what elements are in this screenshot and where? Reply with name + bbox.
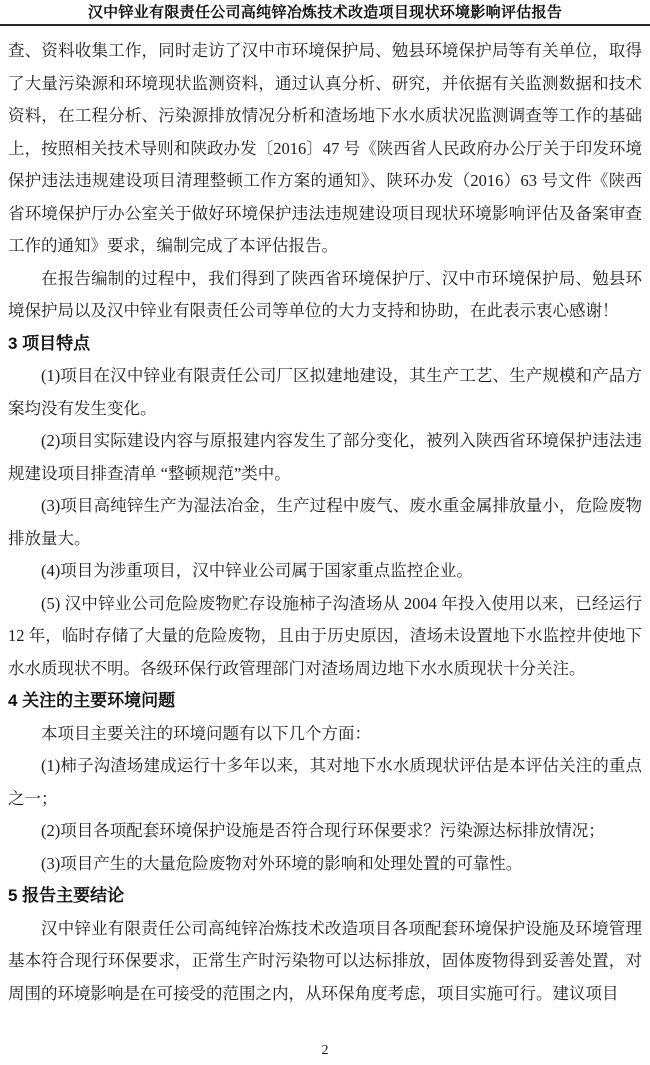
body-paragraph-continuation: 查、资料收集工作，同时走访了汉中市环境保护局、勉县环境保护局等有关单位，取得了大…: [8, 35, 642, 263]
report-page: 汉中锌业有限责任公司高纯锌冶炼技术改造项目现状环境影响评估报告 查、资料收集工作…: [0, 0, 650, 1065]
section-heading-main-conclusions: 5 报告主要结论: [8, 880, 642, 913]
section-heading-project-features: 3 项目特点: [8, 328, 642, 361]
section3-item-1: (1)项目在汉中锌业有限责任公司厂区拟建地建设，其生产工艺、生产规模和产品方案均…: [8, 360, 642, 425]
section4-item-2: (2)项目各项配套环境保护设施是否符合现行环保要求？污染源达标排放情况；: [8, 815, 642, 848]
section4-item-3: (3)项目产生的大量危险废物对外环境的影响和处理处置的可靠性。: [8, 848, 642, 881]
section3-item-2: (2)项目实际建设内容与原报建内容发生了部分变化，被列入陕西省环境保护违法违规建…: [8, 425, 642, 490]
section4-intro: 本项目主要关注的环境问题有以下几个方面：: [8, 718, 642, 751]
body-paragraph-acknowledgement: 在报告编制的过程中，我们得到了陕西省环境保护厅、汉中市环境保护局、勉县环境保护局…: [8, 263, 642, 328]
page-number: 2: [0, 1043, 650, 1059]
section3-item-4: (4)项目为涉重项目，汉中锌业公司属于国家重点监控企业。: [8, 555, 642, 588]
section3-item-3: (3)项目高纯锌生产为湿法冶金，生产过程中废气、废水重金属排放量小，危险废物排放…: [8, 490, 642, 555]
section4-item-1: (1)柿子沟渣场建成运行十多年以来，其对地下水水质现状评估是本评估关注的重点之一…: [8, 750, 642, 815]
page-header-title: 汉中锌业有限责任公司高纯锌冶炼技术改造项目现状环境影响评估报告: [0, 0, 650, 22]
section3-item-5: (5) 汉中锌业公司危险废物贮存设施柿子沟渣场从 2004 年投入使用以来，已经…: [8, 588, 642, 686]
page-body: 查、资料收集工作，同时走访了汉中市环境保护局、勉县环境保护局等有关单位，取得了大…: [0, 26, 650, 1010]
section5-paragraph: 汉中锌业有限责任公司高纯锌冶炼技术改造项目各项配套环境保护设施及环境管理基本符合…: [8, 913, 642, 1011]
section-heading-environment-issues: 4 关注的主要环境问题: [8, 685, 642, 718]
